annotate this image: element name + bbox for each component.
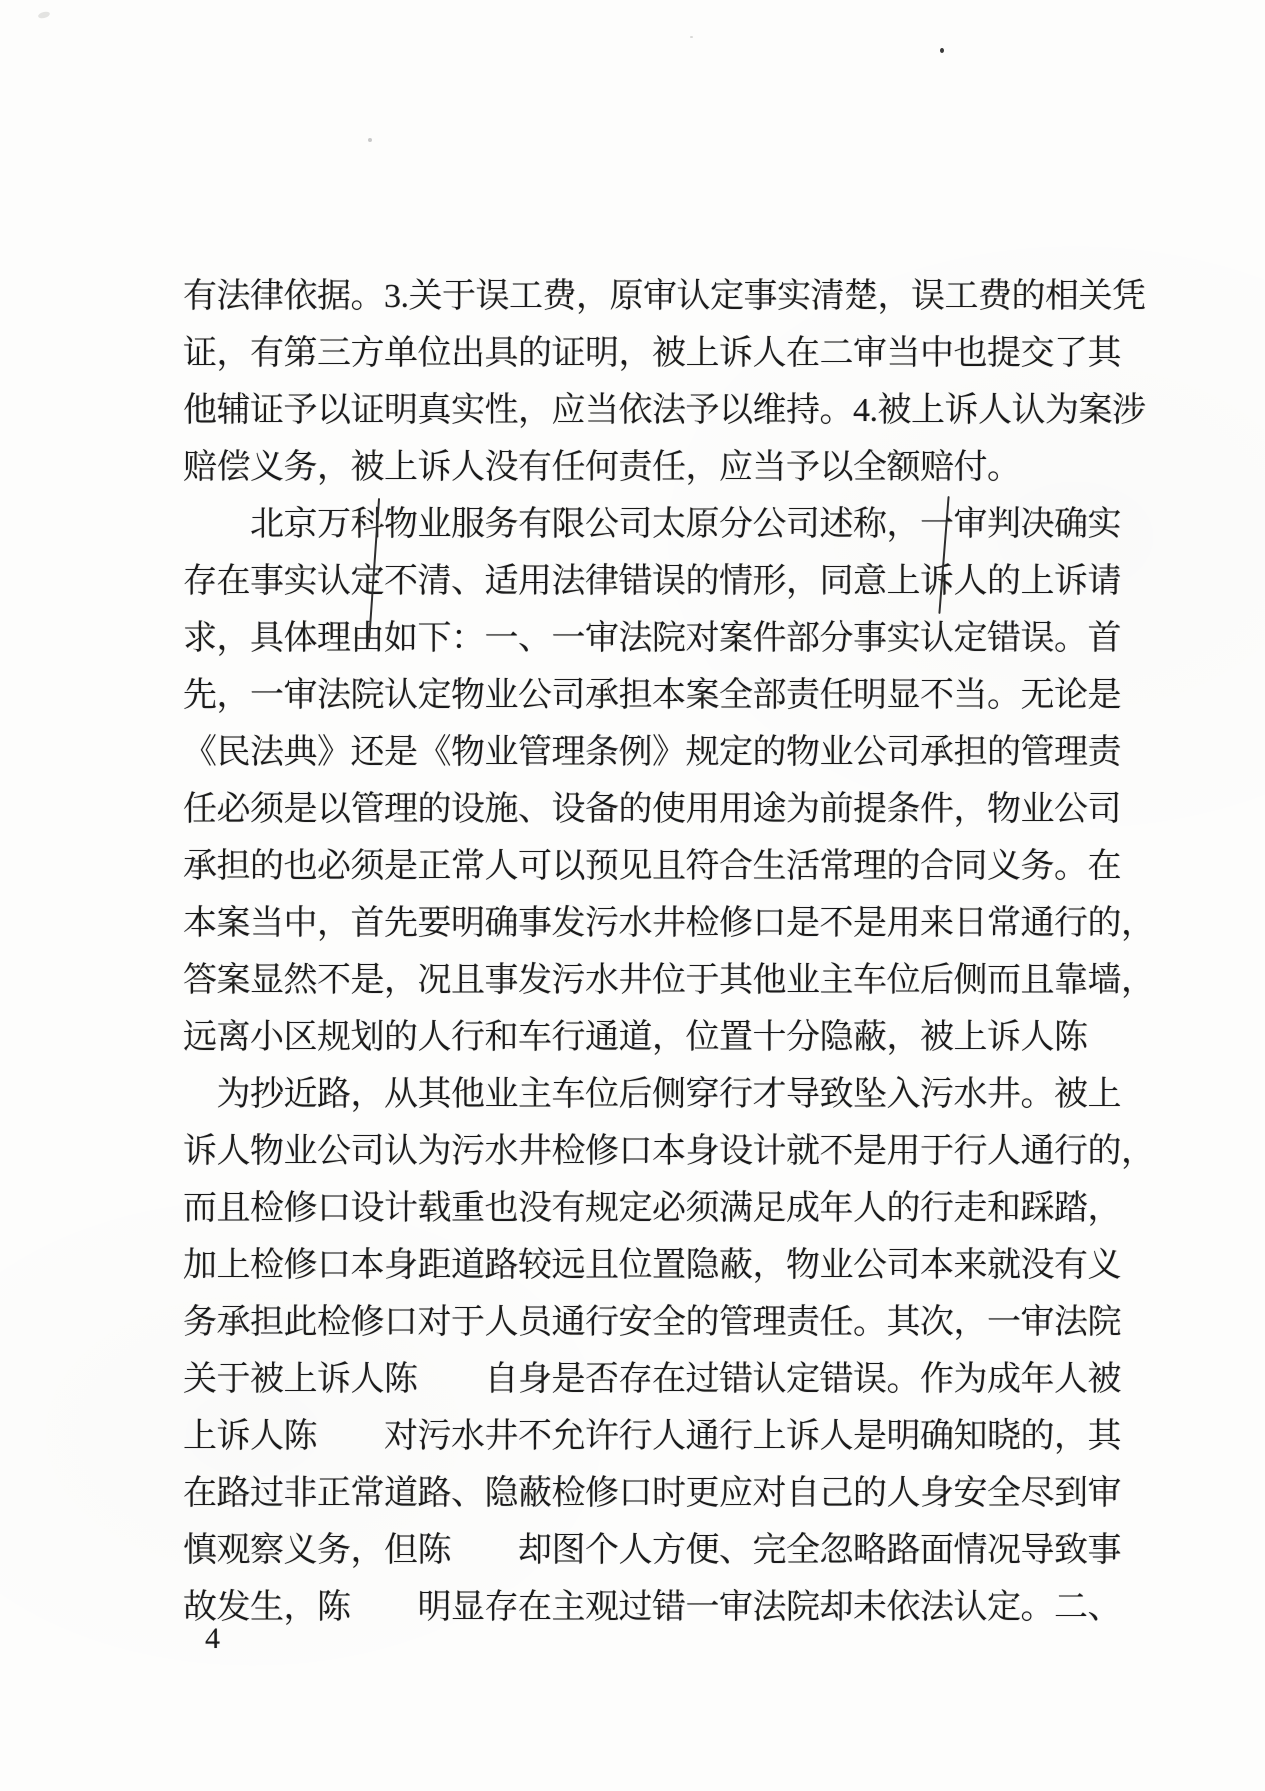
body-text: 有法律依据。3.关于误工费，原审认定事实清楚，误工费的相关凭证，有第三方单位出具…: [183, 268, 1135, 1636]
text-line: 而且检修口设计载重也没有规定必须满足成年人的行走和踩踏，: [183, 1180, 1135, 1237]
text-line: 本案当中，首先要明确事发污水井检修口是不是用来日常通行的，: [183, 895, 1135, 952]
text-line: 《民法典》还是《物业管理条例》规定的物业公司承担的管理责: [183, 724, 1135, 781]
text-line: 务承担此检修口对于人员通行安全的管理责任。其次，一审法院: [183, 1294, 1135, 1351]
page-number: 4: [205, 1622, 220, 1656]
text-line: 存在事实认定不清、适用法律错误的情形，同意上诉人的上诉请: [183, 553, 1135, 610]
scan-speck: [690, 36, 693, 38]
text-line: 故发生，陈 明显存在主观过错一审法院却未依法认定。二、: [183, 1579, 1135, 1636]
document-page: 有法律依据。3.关于误工费，原审认定事实清楚，误工费的相关凭证，有第三方单位出具…: [0, 0, 1265, 1791]
text-line: 在路过非正常道路、隐蔽检修口时更应对自己的人身安全尽到审: [183, 1465, 1135, 1522]
text-line: 求，具体理由如下：一、一审法院对案件部分事实认定错误。首: [183, 610, 1135, 667]
text-line: 有法律依据。3.关于误工费，原审认定事实清楚，误工费的相关凭: [183, 268, 1135, 325]
text-line: 赔偿义务，被上诉人没有任何责任，应当予以全额赔付。: [183, 439, 1135, 496]
text-line: 慎观察义务，但陈 却图个人方便、完全忽略路面情况导致事: [183, 1522, 1135, 1579]
text-line: 北京万科物业服务有限公司太原分公司述称，一审判决确实: [183, 496, 1135, 553]
scan-speck: [940, 48, 944, 53]
text-line: 承担的也必须是正常人可以预见且符合生活常理的合同义务。在: [183, 838, 1135, 895]
text-line: 任必须是以管理的设施、设备的使用用途为前提条件，物业公司: [183, 781, 1135, 838]
text-line: 诉人物业公司认为污水井检修口本身设计就不是用于行人通行的，: [183, 1123, 1135, 1180]
text-line: 先，一审法院认定物业公司承担本案全部责任明显不当。无论是: [183, 667, 1135, 724]
scan-speck: [37, 11, 50, 20]
text-line: 为抄近路，从其他业主车位后侧穿行才导致坠入污水井。被上: [183, 1066, 1135, 1123]
text-line: 远离小区规划的人行和车行通道，位置十分隐蔽，被上诉人陈: [183, 1009, 1135, 1066]
scan-speck: [368, 138, 372, 142]
text-line: 答案显然不是，况且事发污水井位于其他业主车位后侧而且靠墙，: [183, 952, 1135, 1009]
text-line: 他辅证予以证明真实性，应当依法予以维持。4.被上诉人认为案涉: [183, 382, 1135, 439]
text-line: 上诉人陈 对污水井不允许行人通行上诉人是明确知晓的，其: [183, 1408, 1135, 1465]
text-line: 关于被上诉人陈 自身是否存在过错认定错误。作为成年人被: [183, 1351, 1135, 1408]
text-line: 证，有第三方单位出具的证明，被上诉人在二审当中也提交了其: [183, 325, 1135, 382]
text-line: 加上检修口本身距道路较远且位置隐蔽，物业公司本来就没有义: [183, 1237, 1135, 1294]
